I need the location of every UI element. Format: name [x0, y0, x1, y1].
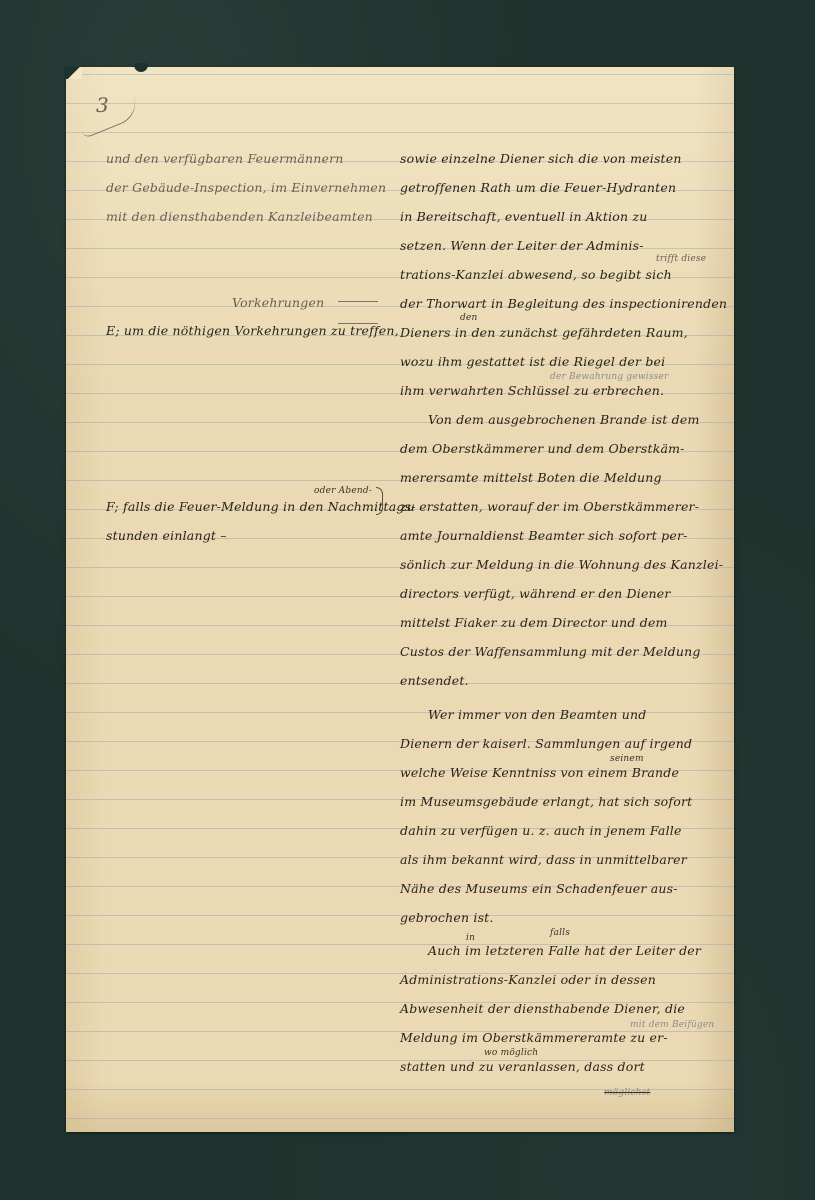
p2-line-3: merersamte mittelst Boten die Meldung	[400, 470, 662, 486]
page-number-swash	[76, 94, 142, 139]
margin-note-e: E; um die nöthigen Vorkehrungen zu treff…	[106, 323, 399, 339]
p2-line-7: directors verfügt, während er den Diener	[400, 586, 671, 602]
p4-line-1: Auch im letzteren Falle hat der Leiter d…	[400, 943, 701, 959]
margin-note-f-line-2: stunden einlangt –	[106, 528, 227, 544]
p2-line-1: Von dem ausgebrochenen Brande ist dem	[400, 412, 700, 428]
insert-bracket	[376, 487, 383, 515]
margin-note-f-line-1: F; falls die Feuer-Meldung in den Nachmi…	[106, 499, 416, 515]
p3-line-7: Nähe des Museums ein Schadenfeuer aus-	[400, 881, 678, 897]
p1-line-5: trations-Kanzlei abwesend, so begibt sic…	[400, 267, 672, 283]
p2-line-2: dem Oberstkämmerer und dem Oberstkäm-	[400, 441, 685, 457]
p3-line-3: welche Weise Kenntniss von einem Brande	[400, 765, 679, 781]
p4-line-5: statten und zu veranlassen, dass dort	[400, 1059, 645, 1075]
p4-line-4: Meldung im Oberstkämmereramte zu er-	[400, 1030, 668, 1046]
p1-line-7: Dieners in den zunächst gefährdeten Raum…	[400, 325, 688, 341]
margin-note-f-insert: oder Abend-	[314, 483, 372, 499]
p2-line-10: entsendet.	[400, 673, 469, 689]
p4-line-2: Administrations-Kanzlei oder in dessen	[400, 972, 656, 988]
page-number: 3	[96, 93, 109, 117]
p2-line-8: mittelst Fiaker zu dem Director und dem	[400, 615, 668, 631]
manuscript-page: 3 und den verfügbaren Feuermännern der G…	[66, 67, 734, 1132]
insert-heading-vorkehrungen: Vorkehrungen	[232, 295, 324, 311]
p1-line-1: sowie einzelne Diener sich die von meist…	[400, 151, 682, 167]
p1-insert-den: den	[460, 310, 477, 326]
p3-line-5: dahin zu verfügen u. z. auch in jenem Fa…	[400, 823, 682, 839]
insert-guide-line	[338, 301, 378, 302]
p4-line-3: Abwesenheit der diensthabende Diener, di…	[400, 1001, 685, 1017]
p1-line-4: setzen. Wenn der Leiter der Adminis-	[400, 238, 644, 254]
p1-line-8: wozu ihm gestattet ist die Riegel der be…	[400, 354, 665, 370]
p3-line-8: gebrochen ist.	[400, 910, 494, 926]
p2-line-5: amte Journaldienst Beamter sich sofort p…	[400, 528, 688, 544]
torn-corner	[66, 67, 82, 79]
p4-insert-falls: falls	[550, 925, 570, 941]
struck-pencil-note: möglichst	[604, 1085, 650, 1101]
p3-line-2: Dienern der kaiserl. Sammlungen auf irge…	[400, 736, 692, 752]
p2-line-6: sönlich zur Meldung in die Wohnung des K…	[400, 557, 723, 573]
p1-insert-trifft: trifft diese	[656, 251, 706, 267]
p1-line-3: in Bereitschaft, eventuell in Aktion zu	[400, 209, 648, 225]
p1-line-9: ihm verwahrten Schlüssel zu erbrechen.	[400, 383, 664, 399]
p1-line-6: der Thorwart in Begleitung des inspectio…	[400, 296, 727, 312]
left-line-2: der Gebäude-Inspection, im Einvernehmen	[106, 180, 386, 196]
insert-guide-line-2	[338, 323, 378, 324]
p2-line-4: zu erstatten, worauf der im Oberstkämmer…	[400, 499, 699, 515]
p3-line-1: Wer immer von den Beamten und	[400, 707, 647, 723]
p3-line-6: als ihm bekannt wird, dass in unmittelba…	[400, 852, 687, 868]
left-line-1: und den verfügbaren Feuermännern	[106, 151, 344, 167]
p2-line-9: Custos der Waffensammlung mit der Meldun…	[400, 644, 701, 660]
p1-line-2: getroffenen Rath um die Feuer-Hydranten	[400, 180, 676, 196]
left-line-3: mit den diensthabenden Kanzleibeamten	[106, 209, 373, 225]
p3-line-4: im Museumsgebäude erlangt, hat sich sofo…	[400, 794, 692, 810]
